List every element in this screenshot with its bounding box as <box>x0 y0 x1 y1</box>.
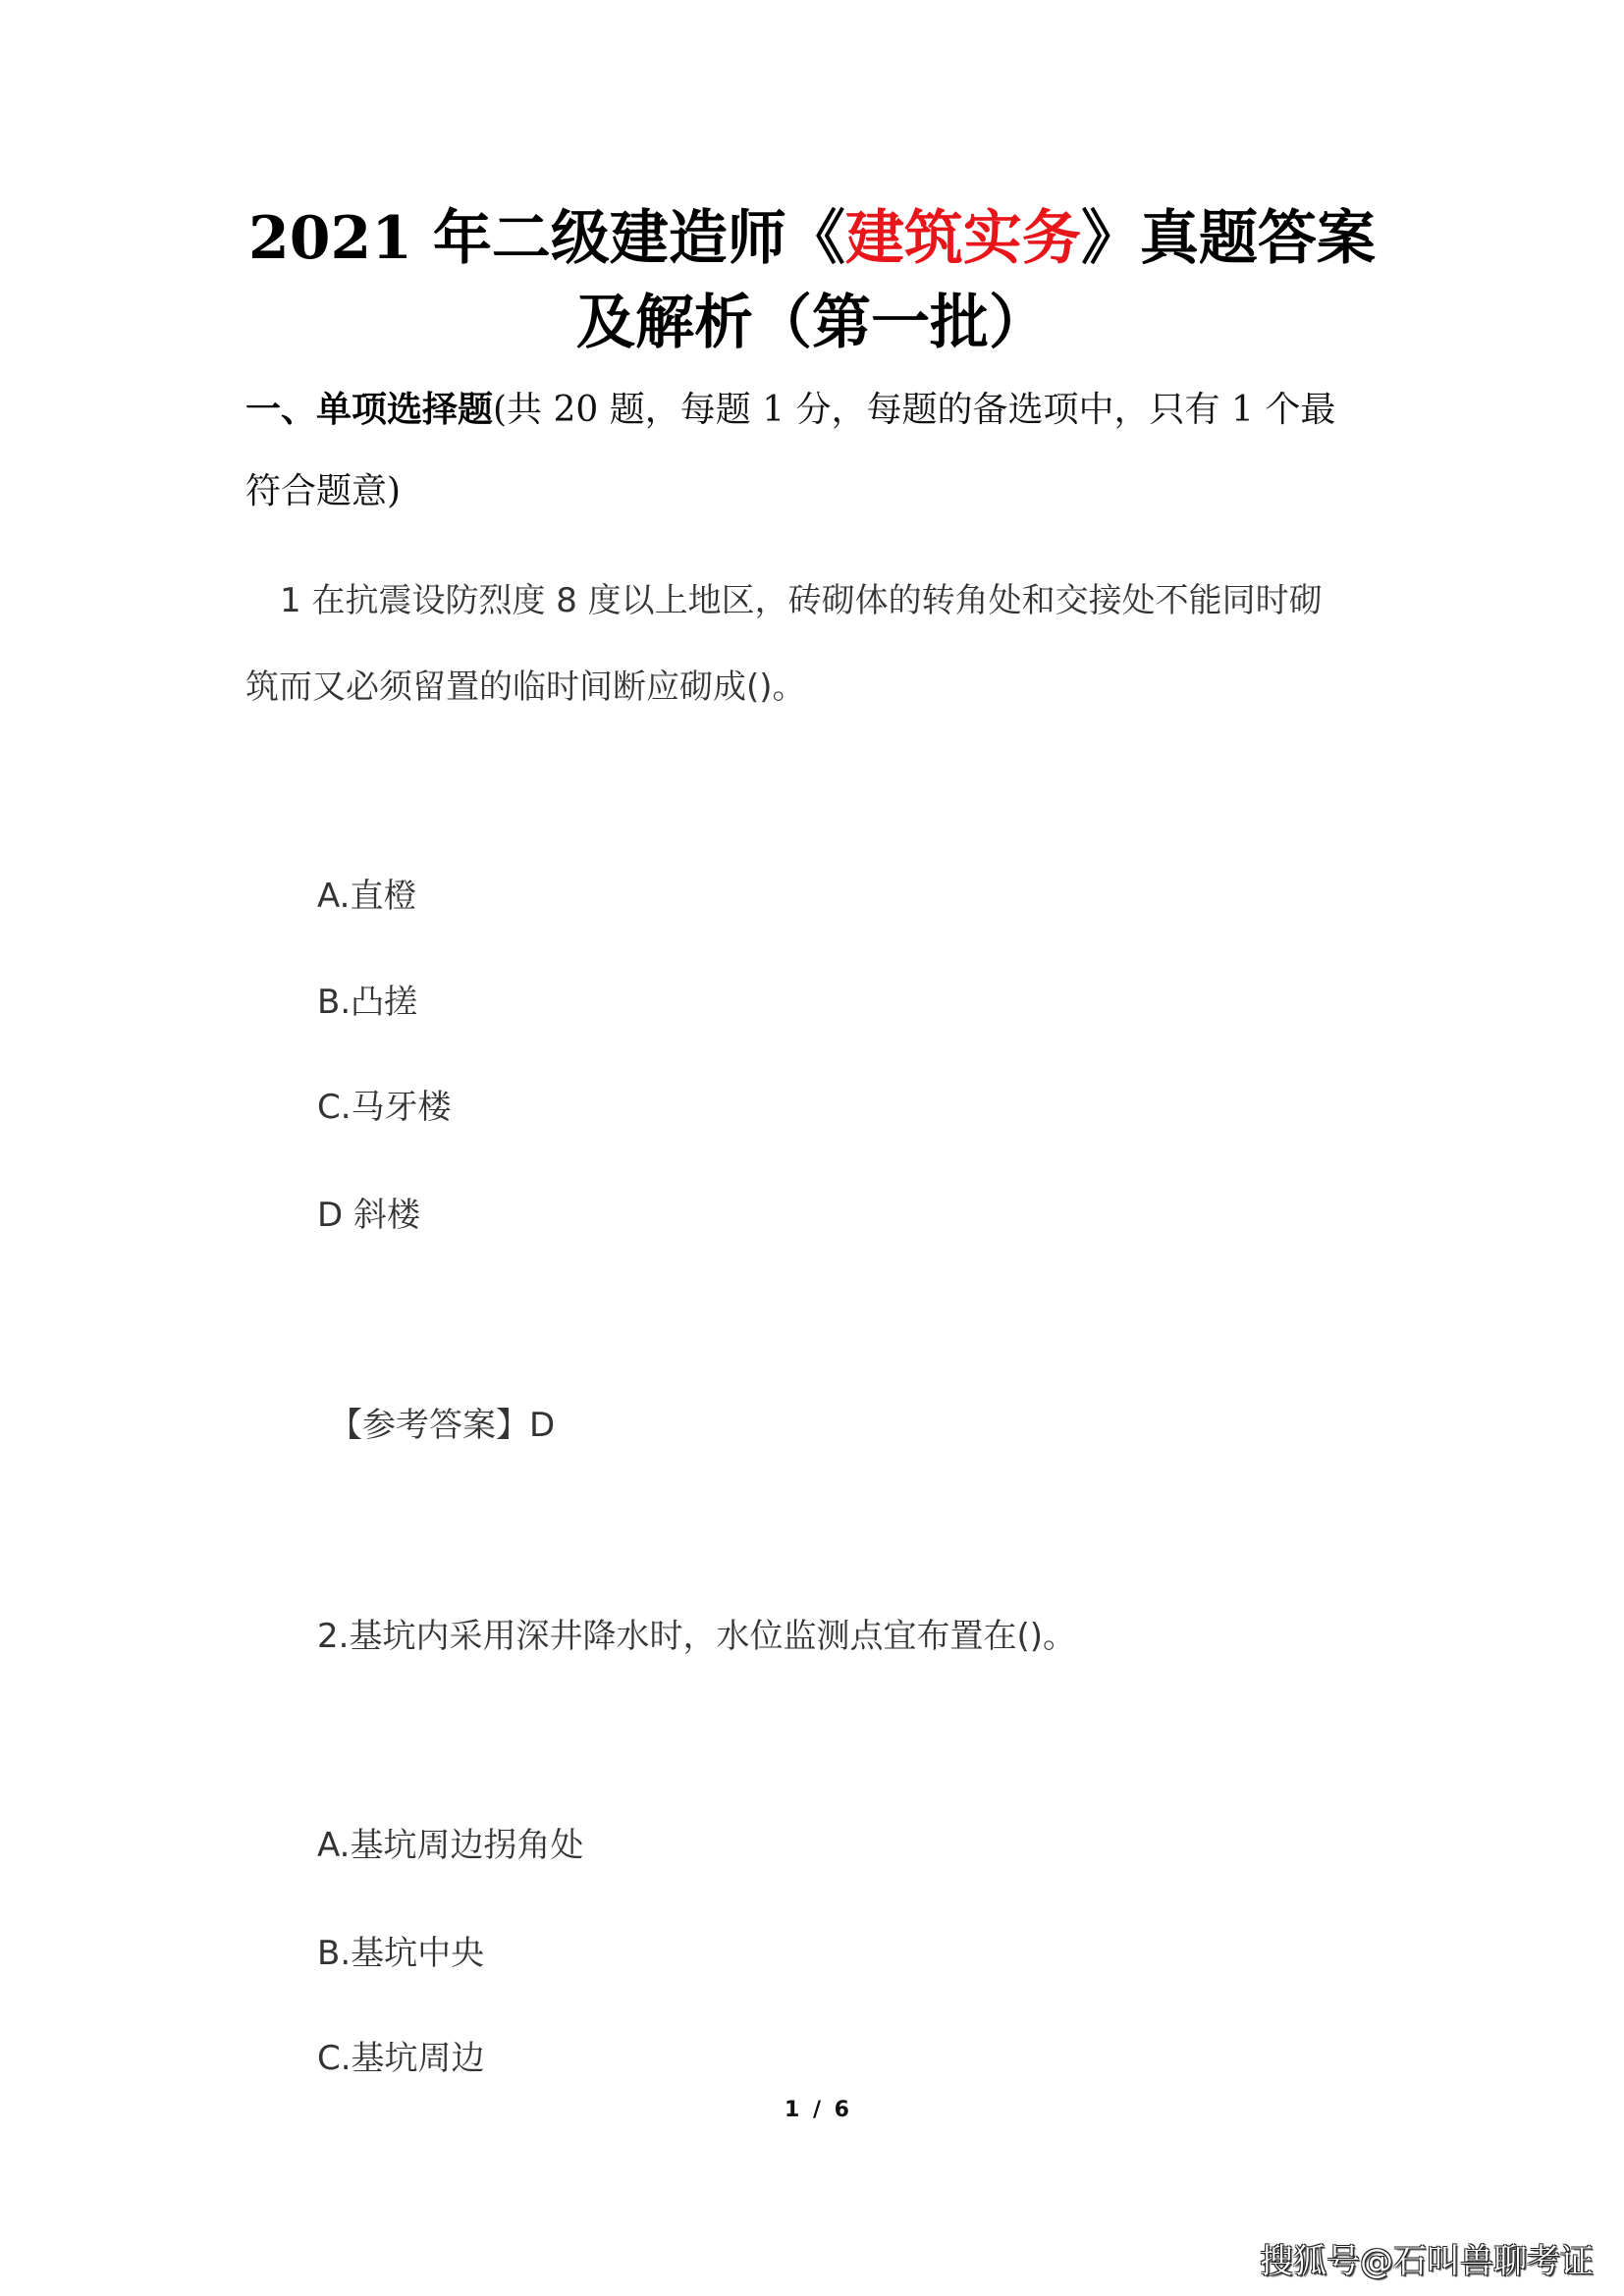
question-1-option-a: A.直橙 <box>317 875 416 918</box>
question-1-answer: 【参考答案】D <box>329 1404 555 1447</box>
section-heading: 一、单项选择题(共 20 题，每题 1 分，每题的备选项中，只有 1 个最 <box>245 369 1384 451</box>
title-suffix: 》真题答案 <box>1081 204 1376 273</box>
title-highlight: 建筑实务 <box>845 204 1081 273</box>
document-title-line-2: 及解析（第一批） <box>0 281 1624 365</box>
watermark: 搜狐号@石叫兽聊考证 <box>1260 2242 1594 2281</box>
question-2-option-a: A.基坑周边拐角处 <box>317 1824 583 1867</box>
question-2-text: 2.基坑内采用深井降水时，水位监测点宜布置在()。 <box>317 1615 1076 1658</box>
document-page: 2021 年二级建造师《建筑实务》真题答案 及解析（第一批） 一、单项选择题(共… <box>0 0 1624 2296</box>
question-2-option-c: C.基坑周边 <box>317 2037 485 2080</box>
answer-value: D <box>529 1406 555 1445</box>
question-1-option-d: D 斜楼 <box>317 1194 420 1237</box>
question-2-option-b: B.基坑中央 <box>317 1932 484 1975</box>
question-1-option-c: C.马牙楼 <box>317 1086 452 1129</box>
section-heading-label: 一、单项选择题 <box>245 389 493 430</box>
document-title-line-1: 2021 年二级建造师《建筑实务》真题答案 <box>0 196 1624 281</box>
section-heading-note-continued: 符合题意) <box>245 451 1384 532</box>
section-heading-note: (共 20 题，每题 1 分，每题的备选项中，只有 1 个最 <box>493 390 1335 430</box>
page-number: 1 / 6 <box>0 2097 1624 2124</box>
answer-label: 【参考答案】 <box>329 1406 529 1445</box>
title-prefix: 2021 年二级建造师《 <box>248 204 845 273</box>
question-1-option-b: B.凸搓 <box>317 981 417 1024</box>
question-1-text-line-1: 1 在抗震设防烈度 8 度以上地区，砖砌体的转角处和交接处不能同时砌 <box>280 579 1323 622</box>
question-1-text-line-2: 筑而又必须留置的临时间断应砌成()。 <box>245 666 806 709</box>
